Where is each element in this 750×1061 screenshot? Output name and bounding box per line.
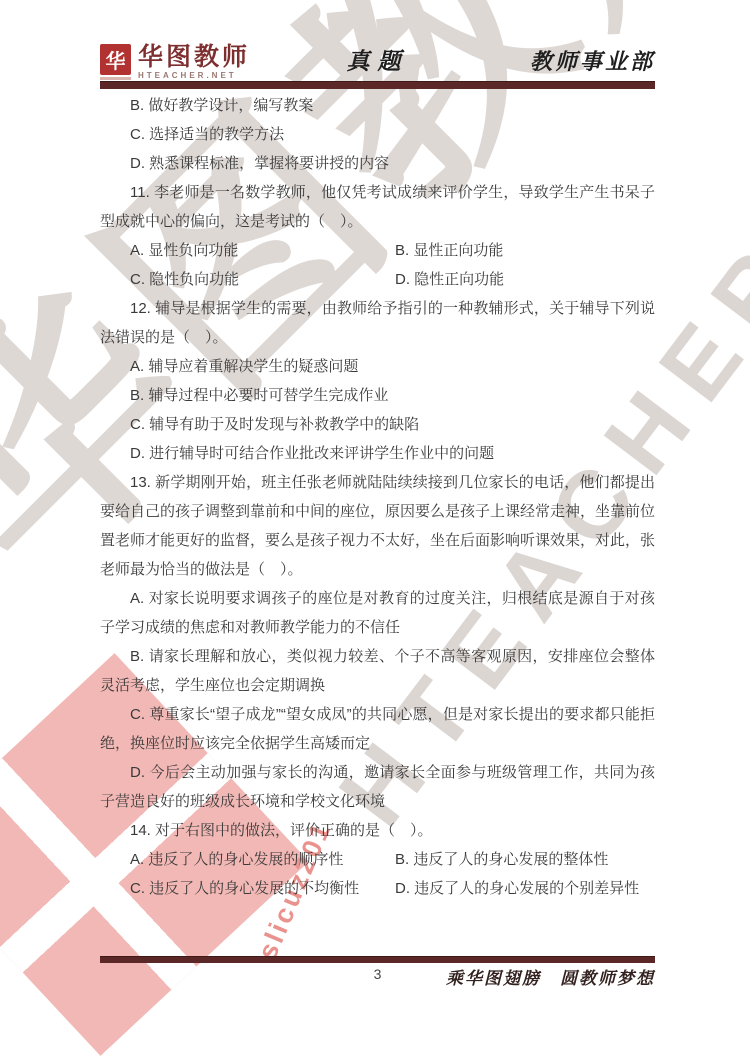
- option-text: C. 隐性负向功能: [130, 265, 395, 294]
- option-text: B. 做好教学设计，编写教案: [100, 91, 655, 120]
- option-row: C. 违反了人的身心发展的不均衡性D. 违反了人的身心发展的个别差异性: [100, 874, 655, 903]
- option-text: D. 熟悉课程标准，掌握将要讲授的内容: [100, 149, 655, 178]
- department-title: 教师事业部: [530, 45, 655, 76]
- option-text: A. 辅导应着重解决学生的疑惑问题: [100, 352, 655, 381]
- option-text: D. 今后会主动加强与家长的沟通，邀请家长全面参与班级管理工作，共同为孩子营造良…: [100, 758, 655, 816]
- exam-page: 华图教师 HTEACHER.NET slicuz201 华 华图教师 HTEAC…: [0, 0, 750, 1061]
- option-text: A. 显性负向功能: [130, 236, 395, 265]
- question-text: 11. 李老师是一名数学教师，他仅凭考试成绩来评价学生，导致学生产生书呆子型成就…: [100, 178, 655, 236]
- option-text: A. 违反了人的身心发展的顺序性: [130, 845, 395, 874]
- header-rule: [100, 81, 655, 89]
- option-text: C. 辅导有助于及时发现与补救教学中的缺陷: [100, 410, 655, 439]
- option-text: C. 选择适当的教学方法: [100, 120, 655, 149]
- option-text: D. 进行辅导时可结合作业批改来评讲学生作业中的问题: [100, 439, 655, 468]
- question-text: 13. 新学期刚开始，班主任张老师就陆陆续续接到几位家长的电话，他们都提出要给自…: [100, 468, 655, 584]
- question-list: B. 做好教学设计，编写教案C. 选择适当的教学方法D. 熟悉课程标准，掌握将要…: [100, 91, 655, 903]
- option-text: B. 请家长理解和放心，类似视力较差、个子不高等客观原因，安排座位会整体灵活考虑…: [100, 642, 655, 700]
- option-text: B. 辅导过程中必要时可替学生完成作业: [100, 381, 655, 410]
- question-text: 12. 辅导是根据学生的需要，由教师给予指引的一种教辅形式，关于辅导下列说法错误…: [100, 294, 655, 352]
- option-row: A. 违反了人的身心发展的顺序性B. 违反了人的身心发展的整体性: [100, 845, 655, 874]
- option-text: C. 违反了人的身心发展的不均衡性: [130, 874, 395, 903]
- logo-fineprint: [100, 77, 131, 80]
- option-text: D. 隐性正向功能: [395, 265, 655, 294]
- page-footer: 3 乘华图翅膀 圆教师梦想: [100, 964, 655, 994]
- option-text: B. 违反了人的身心发展的整体性: [395, 845, 655, 874]
- option-text: C. 尊重家长“望子成龙”“望女成凤”的共同心愿，但是对家长提出的要求都只能拒绝…: [100, 700, 655, 758]
- option-text: D. 违反了人的身心发展的个别差异性: [395, 874, 655, 903]
- question-text: 14. 对于右图中的做法，评价正确的是（ ）。: [100, 816, 655, 845]
- option-row: C. 隐性负向功能D. 隐性正向功能: [100, 265, 655, 294]
- page-header: 华 华图教师 HTEACHER.NET 真题 教师事业部: [100, 40, 655, 80]
- footer-rule: [100, 956, 655, 963]
- option-text: A. 对家长说明要求调孩子的座位是对教育的过度关注，归根结底是源自于对孩子学习成…: [100, 584, 655, 642]
- option-text: B. 显性正向功能: [395, 236, 655, 265]
- option-row: A. 显性负向功能B. 显性正向功能: [100, 236, 655, 265]
- footer-slogan: 乘华图翅膀 圆教师梦想: [446, 964, 655, 989]
